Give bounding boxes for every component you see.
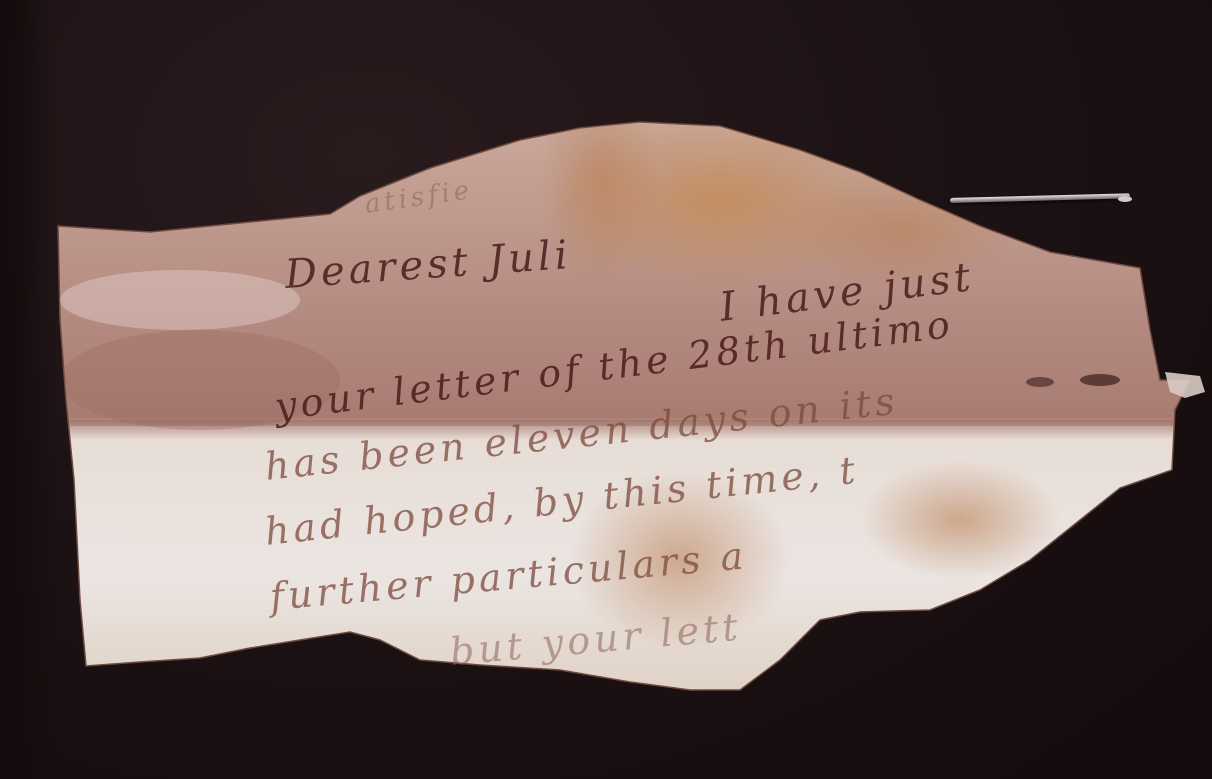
letter-fragment: atisfie Dearest Juli I have just your le… <box>0 0 1212 779</box>
paper-shape <box>0 0 1212 779</box>
photo-scene: atisfie Dearest Juli I have just your le… <box>0 0 1212 779</box>
